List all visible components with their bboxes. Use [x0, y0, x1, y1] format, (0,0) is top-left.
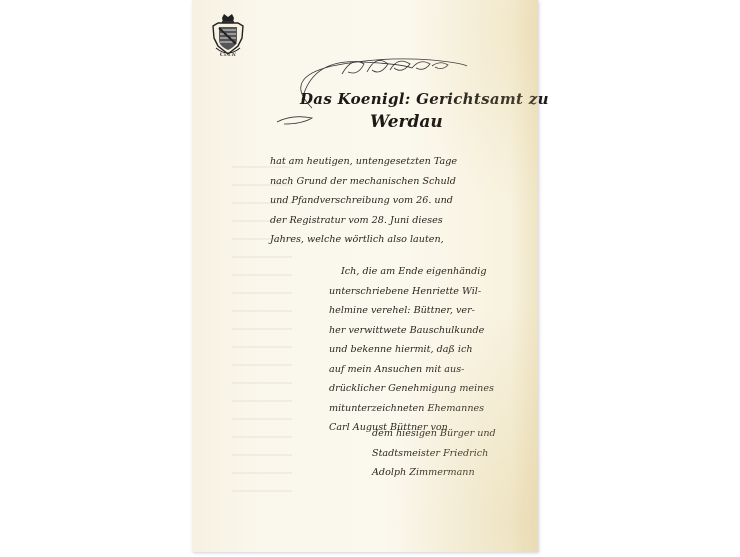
text-line: nach Grund der mechanischen Schuld — [270, 172, 457, 192]
text-line: drücklicher Genehmigung meines — [329, 379, 494, 399]
text-line: Stadtsmeister Friedrich — [372, 444, 496, 464]
text-line: unterschriebene Henriette Wil- — [329, 282, 494, 302]
text-line: Ich, die am Ende eigenhändig — [329, 262, 494, 282]
text-line: Adolph Zimmermann — [372, 463, 496, 483]
text-line: auf mein Ansuchen mit aus- — [329, 360, 494, 380]
text-line: der Registratur vom 28. Juni dieses — [270, 211, 457, 231]
text-line: hat am heutigen, untengesetzten Tage — [270, 152, 457, 172]
document-page: K.S.G.W. Das Koenigl: Gerichtsamt zu Wer… — [192, 0, 538, 552]
coat-of-arms-icon: K.S.G.W. — [210, 12, 246, 60]
text-line: helmine verehel: Büttner, ver- — [329, 301, 494, 321]
svg-text:K.S.G.W.: K.S.G.W. — [220, 52, 237, 57]
text-line: und bekenne hiermit, daß ich — [329, 340, 494, 360]
text-line: her verwittwete Bauschulkunde — [329, 321, 494, 341]
document-heading-line1: Das Koenigl: Gerichtsamt zu — [300, 90, 540, 108]
document-heading-line2: Werdau — [370, 112, 443, 132]
paragraph-3: dem hiesigen Bürger und Stadtsmeister Fr… — [372, 424, 496, 483]
text-line: mitunterzeichneten Ehemannes — [329, 399, 494, 419]
paragraph-1: hat am heutigen, untengesetzten Tage nac… — [270, 152, 457, 250]
paragraph-2: Ich, die am Ende eigenhändig unterschrie… — [329, 262, 494, 438]
text-line: und Pfandverschreibung vom 26. und — [270, 191, 457, 211]
text-line: dem hiesigen Bürger und — [372, 424, 496, 444]
text-line: Jahres, welche wörtlich also lauten, — [270, 230, 457, 250]
